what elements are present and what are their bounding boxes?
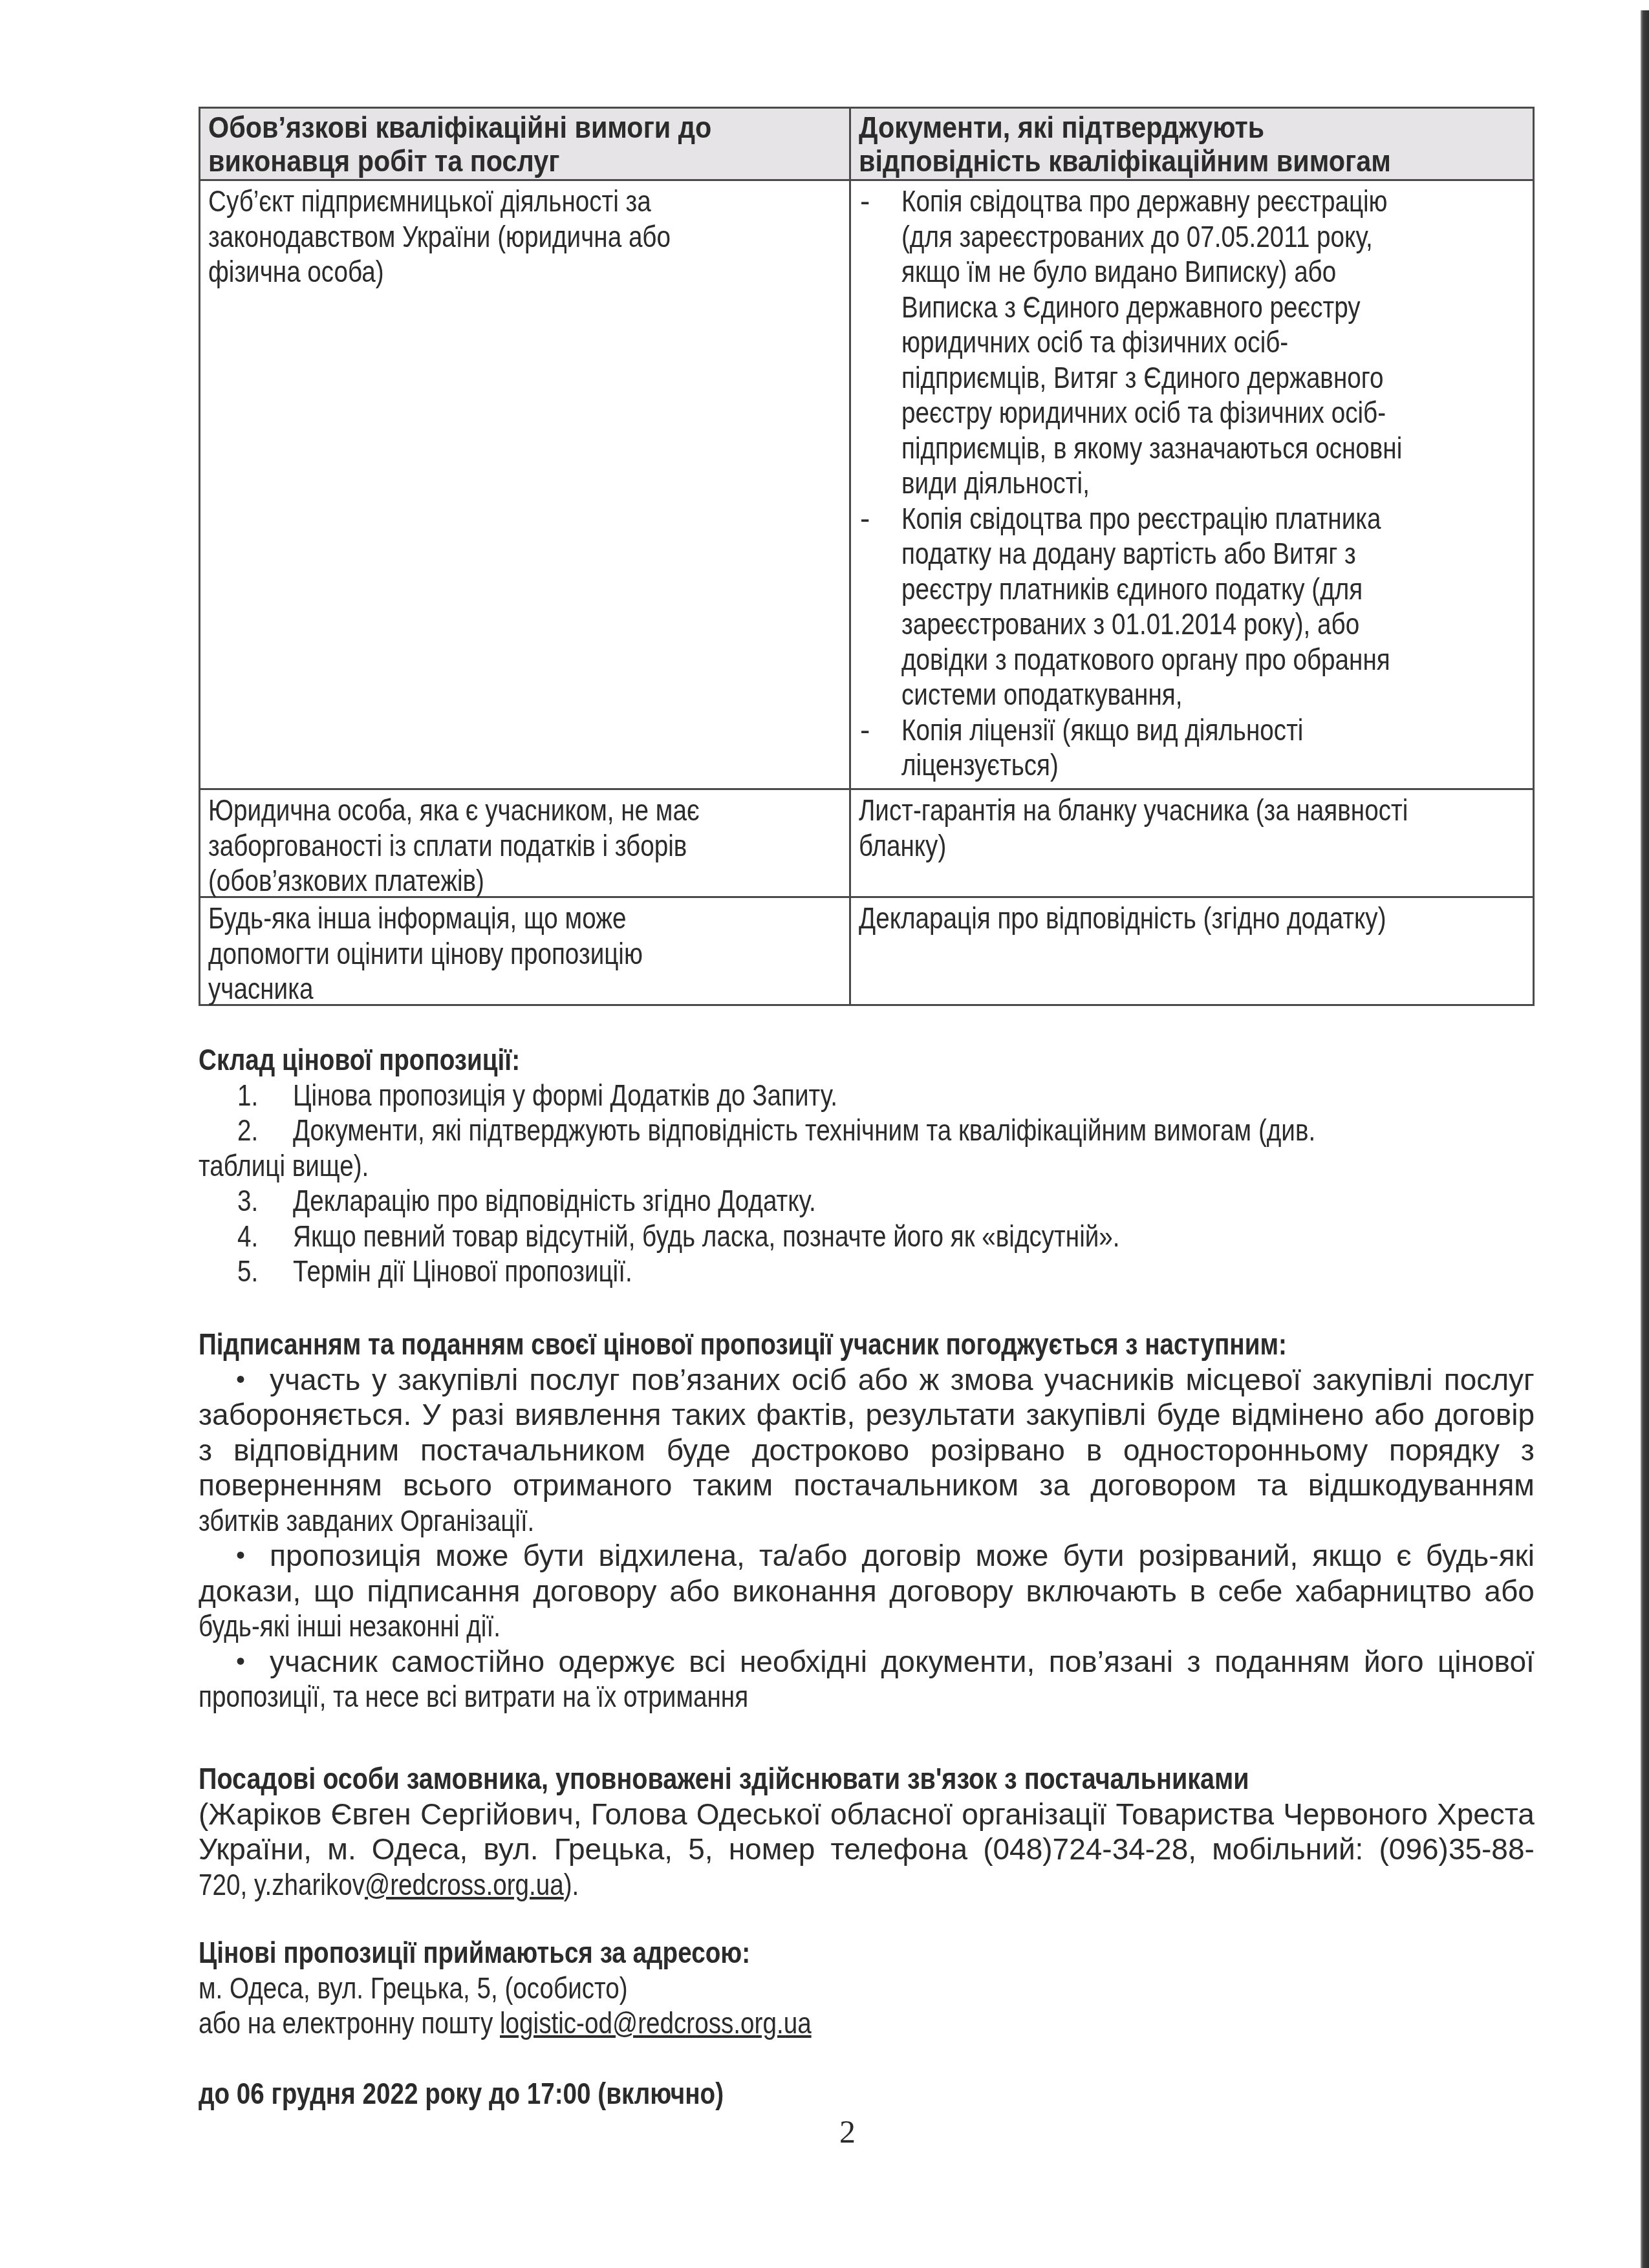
word: може — [975, 1538, 1048, 1574]
word: хабарництво — [1295, 1574, 1472, 1609]
composition-section: Склад цінової пропозиції: 1.Цінова пропо… — [199, 1042, 1535, 1289]
document-line: реєстру юридичних осіб та фізичних осіб- — [901, 395, 1402, 431]
document-list-item: -Копія свідоцтва про реєстрацію платника… — [857, 501, 1498, 712]
list-line: Термін дії Цінової пропозиції. — [293, 1254, 1336, 1289]
word: пропозиція — [270, 1538, 421, 1574]
dash-bullet-icon: - — [860, 712, 870, 748]
document-text: Копія ліцензії (якщо вид діяльностіліцен… — [857, 712, 1498, 783]
list-item: 4.Якщо певний товар відсутній, будь ласк… — [199, 1219, 1535, 1254]
list-number: 4. — [237, 1219, 258, 1254]
submission-email-prefix: або на електронну пошту — [199, 2006, 500, 2040]
word: Одеса, — [372, 1832, 468, 1867]
composition-list: 1.Цінова пропозиція у формі Додатків до … — [199, 1078, 1535, 1289]
agreement-section: Підписанням та поданням своєї цінової пр… — [199, 1327, 1535, 1715]
word: одержує — [559, 1644, 675, 1680]
requirement-cell: Суб’єкт підприємницької діяльності зазак… — [200, 181, 847, 788]
word: що — [314, 1574, 354, 1609]
list-item-text: Термін дії Цінової пропозиції. — [199, 1254, 1535, 1289]
list-item: •учасниксамостійноодержуєвсінеобхіднідок… — [199, 1644, 1535, 1715]
word: всі — [689, 1644, 726, 1680]
word: якщо — [1312, 1538, 1382, 1574]
word: бути — [1062, 1538, 1124, 1574]
document-text: бланку) — [859, 828, 1408, 864]
word: договору — [533, 1574, 656, 1609]
list-item: 3.Декларацію про відповідність згідно До… — [199, 1183, 1535, 1219]
list-line-last: збитків завданих Організації. — [199, 1503, 1320, 1539]
word: розірваний, — [1139, 1538, 1299, 1574]
document-text: Лист-гарантія на бланку учасника (за ная… — [859, 793, 1408, 828]
section-heading: Посадові особи замовника, уповноважені з… — [199, 1761, 1348, 1797]
requirement-text: Юридична особа, яка є учасником, не має — [208, 793, 700, 828]
word: (048)724-34-28, — [983, 1832, 1196, 1867]
word: або — [669, 1574, 720, 1609]
word: розірвано — [931, 1433, 1065, 1468]
word: змова — [951, 1362, 1033, 1398]
list-number: 3. — [237, 1183, 258, 1219]
word: постачальником — [793, 1468, 1018, 1503]
word: будь-які — [1426, 1538, 1535, 1574]
document-line: реєстру платників єдиного податку (для — [901, 572, 1402, 607]
word: Сергійович, — [420, 1797, 582, 1832]
word: односторонньому — [1123, 1433, 1368, 1468]
word: може — [435, 1538, 508, 1574]
document-list-item: -Копія свідоцтва про державну реєстрацію… — [857, 184, 1498, 501]
word: та/або — [759, 1538, 847, 1574]
word: самостійно — [391, 1644, 544, 1680]
document-line: системи оподаткування, — [901, 677, 1402, 712]
word: Хреста — [1437, 1797, 1535, 1832]
bullet-icon: • — [236, 1644, 245, 1680]
word: організації — [962, 1797, 1106, 1832]
word: та — [1257, 1468, 1287, 1503]
word: послуг — [1444, 1362, 1535, 1398]
requirement-cell: Юридична особа, яка є учасником, не маєз… — [200, 790, 847, 896]
word: буде — [667, 1433, 731, 1468]
requirement-text: допомогти оцінити цінову пропозицію — [208, 936, 643, 972]
word: договір — [1435, 1397, 1535, 1433]
list-item: •участьузакупівліпослугпов’язанихосібабо… — [199, 1362, 1535, 1539]
contact-email-prefix: 720, y.zharikov — [199, 1868, 365, 1901]
word: Голова — [591, 1797, 687, 1832]
word: таким — [693, 1468, 773, 1503]
word: фактів, — [757, 1397, 856, 1433]
document-line: підприємців, Витяг з Єдиного державного — [901, 360, 1402, 396]
document-line: ліцензується) — [901, 747, 1402, 783]
requirement-text: заборгованості із сплати податків і збор… — [208, 828, 700, 864]
header-text: виконавця робіт та послуг — [208, 144, 711, 178]
submission-email-line: або на електронну пошту logistic-od@redc… — [199, 2006, 1320, 2041]
word: обласної — [830, 1797, 953, 1832]
word: (096)35-88- — [1379, 1832, 1535, 1867]
word: виявлення — [515, 1397, 662, 1433]
contact-email-line: 720, y.zharikov@redcross.org.ua). — [199, 1867, 1320, 1903]
list-item: 1.Цінова пропозиція у формі Додатків до … — [199, 1078, 1535, 1113]
word: або — [858, 1362, 909, 1398]
document-line: якщо їм не було видано Виписку) або — [901, 254, 1402, 290]
requirement-text: учасника — [208, 971, 643, 1007]
contacts-section: Посадові особи замовника, уповноважені з… — [199, 1761, 1535, 1902]
list-item-text: Документи, які підтверджують відповідніс… — [199, 1113, 1535, 1148]
requirement-text: законодавством України (юридична або — [208, 219, 671, 255]
documents-cell: -Копія свідоцтва про державну реєстрацію… — [849, 181, 1533, 788]
list-line: пропозиціяможебутивідхилена,та/абодогові… — [199, 1538, 1535, 1574]
list-line: участьузакупівліпослугпов’язанихосібабож… — [199, 1362, 1535, 1398]
document-text: Копія свідоцтва про державну реєстрацію(… — [857, 184, 1498, 501]
contact-email-link[interactable]: @redcross.org.ua — [365, 1868, 564, 1901]
list-line: Документи, які підтверджують відповідніс… — [293, 1113, 1336, 1148]
list-item: 5.Термін дії Цінової пропозиції. — [199, 1254, 1535, 1289]
document-text: Копія свідоцтва про реєстрацію платникап… — [857, 501, 1498, 712]
list-item: 2.Документи, які підтверджують відповідн… — [199, 1113, 1535, 1148]
word: відповідним — [233, 1433, 399, 1468]
word: з — [1187, 1644, 1201, 1680]
word: У — [422, 1397, 440, 1433]
agreement-list: •участьузакупівліпослугпов’язанихосібабо… — [199, 1362, 1535, 1715]
documents-cell: Лист-гарантія на бланку учасника (за ная… — [849, 790, 1533, 896]
word: Одеської — [696, 1797, 821, 1832]
table-header-row: Обов’язкові кваліфікаційні вимоги довико… — [199, 107, 1535, 181]
word: разі — [451, 1397, 504, 1433]
requirement-text: Суб’єкт підприємницької діяльності за — [208, 184, 671, 219]
qualification-requirements-table: Обов’язкові кваліфікаційні вимоги довико… — [199, 107, 1535, 1006]
word: поверненням — [199, 1468, 382, 1503]
contact-details: (ЖаріковЄвгенСергійович,ГоловаОдеськоїоб… — [199, 1797, 1535, 1867]
word: 5, — [688, 1832, 713, 1867]
word: України, — [199, 1832, 312, 1867]
contact-line: (ЖаріковЄвгенСергійович,ГоловаОдеськоїоб… — [199, 1797, 1535, 1832]
header-text: відповідність кваліфікаційним вимогам — [859, 144, 1391, 178]
list-number: 1. — [237, 1078, 258, 1113]
word: забороняється. — [199, 1397, 411, 1433]
word: себе — [1218, 1574, 1282, 1609]
word: м. — [327, 1832, 356, 1867]
document-line: види діяльності, — [901, 465, 1402, 501]
word: телефона — [831, 1832, 967, 1867]
bullet-icon: • — [236, 1362, 245, 1398]
word: вул. — [484, 1832, 539, 1867]
word: закупівлі — [1312, 1362, 1432, 1398]
list-number: 5. — [237, 1254, 258, 1289]
list-line-last: пропозиції, та несе всі витрати на їх от… — [199, 1679, 1320, 1715]
bullet-icon: • — [236, 1538, 245, 1574]
header-cell-documents: Документи, які підтверджуютьвідповідніст… — [849, 109, 1533, 179]
deadline-text: до 06 грудня 2022 року до 17:00 (включно… — [199, 2076, 1320, 2112]
requirement-text: (обов’язкових платежів) — [208, 863, 700, 899]
word: (Жаріков — [199, 1797, 321, 1832]
header-cell-requirements: Обов’язкові кваліфікаційні вимоги довико… — [200, 109, 847, 179]
word: послуг — [530, 1362, 620, 1398]
table-row: Юридична особа, яка є учасником, не маєз… — [199, 790, 1535, 898]
contact-line: України,м.Одеса,вул.Грецька,5,номертелеф… — [199, 1832, 1535, 1867]
list-line: Декларацію про відповідність згідно Дода… — [293, 1183, 1336, 1219]
word: або — [1484, 1574, 1535, 1609]
word: пов’язані — [1049, 1644, 1173, 1680]
document-line: підприємців, в якому зазначаються основн… — [901, 431, 1402, 466]
word: всього — [403, 1468, 492, 1503]
contacts-heading: Посадові особи замовника, уповноважені з… — [199, 1761, 1535, 1797]
contact-email-suffix: ). — [564, 1868, 579, 1901]
scanner-edge — [1641, 10, 1649, 2268]
word: Євген — [331, 1797, 411, 1832]
document-line: Копія ліцензії (якщо вид діяльності — [901, 712, 1402, 748]
word: мобільний: — [1212, 1832, 1363, 1867]
table-row: Суб’єкт підприємницької діяльності зазак… — [199, 181, 1535, 790]
list-line: поверненнямвсьогоотриманоготакимпостачал… — [199, 1468, 1535, 1503]
word: буде — [1156, 1397, 1220, 1433]
submission-email-link[interactable]: logistic-od@redcross.org.ua — [500, 2006, 812, 2040]
document-line: (для зареєстрованих до 07.05.2011 року, — [901, 219, 1402, 255]
page-number: 2 — [839, 2113, 856, 2150]
document-text: Декларація про відповідність (згідно дод… — [859, 901, 1386, 936]
section-heading: Цінові пропозиції приймаються за адресою… — [199, 1935, 1320, 1971]
word: необхідні — [740, 1644, 867, 1680]
word: таких — [672, 1397, 746, 1433]
document-line: зареєстрованих з 01.01.2014 року), або — [901, 606, 1402, 642]
document-line: Копія свідоцтва про реєстрацію платника — [901, 501, 1402, 537]
agreement-heading: Підписанням та поданням своєї цінової пр… — [199, 1327, 1535, 1362]
header-text: Документи, які підтверджують — [859, 111, 1391, 144]
list-item-text: Якщо певний товар відсутній, будь ласка,… — [199, 1219, 1535, 1254]
document-list-item: -Копія ліцензії (якщо вид діяльностіліце… — [857, 712, 1498, 783]
list-line: Цінова пропозиція у формі Додатків до За… — [293, 1078, 1336, 1113]
word: учасник — [270, 1644, 378, 1680]
word: виконання — [733, 1574, 877, 1609]
word: підписання — [367, 1574, 521, 1609]
list-line-continuation: таблиці вище). — [199, 1148, 1320, 1184]
word: місцевої — [1186, 1362, 1302, 1398]
list-line: учасниксамостійноодержуєвсінеобхіднідоку… — [199, 1644, 1535, 1680]
word: осіб — [792, 1362, 846, 1398]
submission-section: Цінові пропозиції приймаються за адресою… — [199, 1935, 1535, 2111]
document-line: Копія свідоцтва про державну реєстрацію — [901, 184, 1402, 219]
word: номер — [729, 1832, 815, 1867]
word: закупівлі — [398, 1362, 518, 1398]
composition-heading: Склад цінової пропозиції: — [199, 1042, 1535, 1078]
word: відшкодуванням — [1308, 1468, 1535, 1503]
word: відхилена, — [599, 1538, 745, 1574]
document-line: Виписка з Єдиного державного реєстру — [901, 290, 1402, 325]
word: договору — [889, 1574, 1013, 1609]
word: є — [1396, 1538, 1411, 1574]
documents-cell: Декларація про відповідність (згідно дод… — [849, 898, 1533, 1004]
document-line: юридичних осіб та фізичних осіб- — [901, 325, 1402, 360]
word: в — [1190, 1574, 1205, 1609]
list-number: 2. — [237, 1113, 258, 1148]
word: поданням — [1214, 1644, 1350, 1680]
word: докази, — [199, 1574, 301, 1609]
word: Товариства — [1116, 1797, 1274, 1832]
submission-address: м. Одеса, вул. Грецька, 5, (особисто) — [199, 1971, 1320, 2006]
word: цінової — [1438, 1644, 1535, 1680]
deadline: до 06 грудня 2022 року до 17:00 (включно… — [199, 2076, 1535, 2112]
word: учасників — [1044, 1362, 1174, 1398]
list-item-text: Декларацію про відповідність згідно Дода… — [199, 1183, 1535, 1219]
word: документи, — [881, 1644, 1035, 1680]
document-line: довідки з податкового органу про обрання — [901, 642, 1402, 678]
header-text: Обов’язкові кваліфікаційні вимоги до — [208, 111, 711, 144]
word: у — [372, 1362, 387, 1398]
list-line: Якщо певний товар відсутній, будь ласка,… — [293, 1219, 1336, 1254]
word: з — [199, 1433, 212, 1468]
word: включають — [1026, 1574, 1176, 1609]
word: участь — [270, 1362, 361, 1398]
word: за — [1039, 1468, 1070, 1503]
word: відмінено — [1231, 1397, 1364, 1433]
list-line: забороняється.Уразівиявленнятакихфактів,… — [199, 1397, 1535, 1433]
section-heading: Підписанням та поданням своєї цінової пр… — [199, 1327, 1320, 1362]
word: з — [1521, 1433, 1535, 1468]
requirement-text: Будь-яка інша інформація, що може — [208, 901, 643, 936]
dash-bullet-icon: - — [860, 501, 870, 537]
word: отриманого — [513, 1468, 672, 1503]
word: порядку — [1389, 1433, 1500, 1468]
list-item-text: Цінова пропозиція у формі Додатків до За… — [199, 1078, 1535, 1113]
word: результати — [865, 1397, 1015, 1433]
word: пов’язаних — [631, 1362, 781, 1398]
document-line: податку на додану вартість або Витяг з — [901, 536, 1402, 572]
word: договір — [861, 1538, 961, 1574]
word: Червоного — [1283, 1797, 1428, 1832]
word: його — [1364, 1644, 1424, 1680]
submission-heading: Цінові пропозиції приймаються за адресою… — [199, 1935, 1535, 1971]
list-line: докази,щопідписаннядоговоруабовиконанняд… — [199, 1574, 1535, 1609]
word: достроково — [752, 1433, 909, 1468]
word: або — [1374, 1397, 1425, 1433]
list-line-last: будь-які інші незаконні дії. — [199, 1609, 1320, 1644]
word: постачальником — [420, 1433, 645, 1468]
section-heading: Склад цінової пропозиції: — [199, 1042, 1320, 1078]
word: Грецька, — [554, 1832, 673, 1867]
requirement-cell: Будь-яка інша інформація, що можедопомог… — [200, 898, 847, 1004]
word: ж — [920, 1362, 940, 1398]
list-item: •пропозиціяможебутивідхилена,та/абодогов… — [199, 1538, 1535, 1644]
dash-bullet-icon: - — [860, 184, 870, 219]
word: в — [1086, 1433, 1102, 1468]
word: договором — [1090, 1468, 1236, 1503]
table-row: Будь-яка інша інформація, що можедопомог… — [199, 898, 1535, 1006]
list-line: звідповіднимпостачальникомбудедостроково… — [199, 1433, 1535, 1468]
requirement-text: фізична особа) — [208, 254, 671, 290]
word: бути — [523, 1538, 584, 1574]
word: закупівлі — [1026, 1397, 1146, 1433]
